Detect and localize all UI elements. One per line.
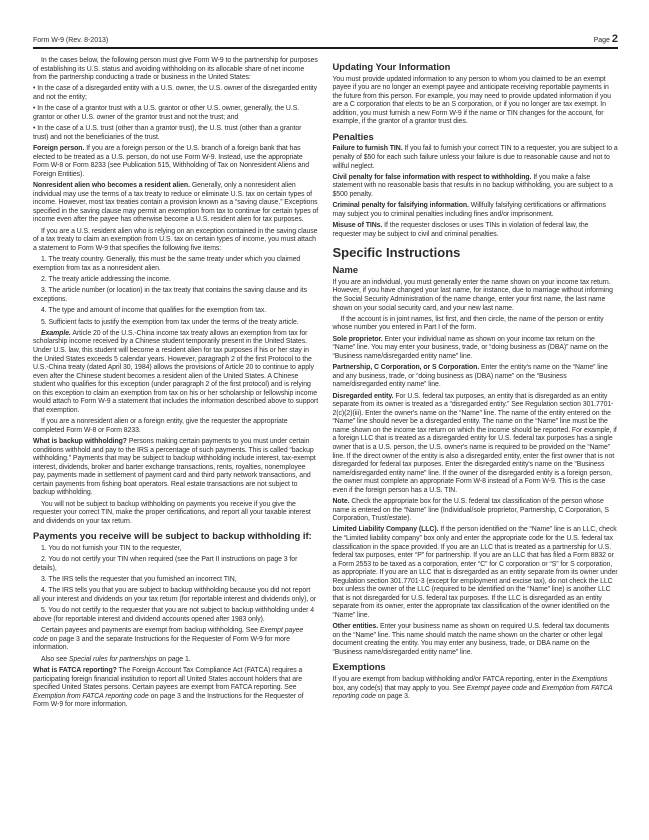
text-segment: What is backup withholding? — [33, 438, 127, 445]
text-segment: If you are an individual, you must gener… — [333, 279, 613, 312]
text-segment: Certain payees and payments are exempt f… — [41, 627, 260, 634]
text-segment: Exemptions — [333, 661, 386, 672]
paragraph: Limited Liability Company (LLC). If the … — [333, 526, 619, 620]
text-segment: Example. — [41, 330, 71, 337]
text-segment: You will not be subject to backup withho… — [33, 501, 311, 525]
paragraph: Foreign person. If you are a foreign per… — [33, 145, 319, 179]
text-segment: Criminal penalty for falsifying informat… — [333, 202, 469, 209]
paragraph: 3. The IRS tells the requester that you … — [33, 576, 319, 585]
paragraph: If the account is in joint names, list f… — [333, 316, 619, 333]
paragraph: In the cases below, the following person… — [33, 57, 319, 83]
text-segment: Note. — [333, 498, 350, 505]
paragraph: • In the case of a U.S. trust (other tha… — [33, 125, 319, 142]
text-segment: Foreign person. — [33, 145, 84, 152]
text-segment: Other entities. — [333, 623, 379, 630]
right-column: Updating Your InformationYou must provid… — [333, 57, 619, 713]
text-segment: If the account is in joint names, list f… — [333, 316, 604, 332]
document-page: Form W-9 (Rev. 8-2013) Page 2 In the cas… — [0, 0, 649, 840]
text-segment: 4. The IRS tells you that you are subjec… — [33, 587, 316, 603]
paragraph: Note. Check the appropriate box for the … — [333, 498, 619, 524]
paragraph: What is backup withholding? Persons maki… — [33, 438, 319, 498]
paragraph: Civil penalty for false information with… — [333, 174, 619, 200]
section-heading: Updating Your Information — [333, 62, 619, 73]
section-heading: Penalties — [333, 132, 619, 143]
text-segment: Special rules for partnerships — [69, 656, 157, 663]
paragraph: • In the case of a disregarded entity wi… — [33, 85, 319, 102]
text-segment: on page 1. — [157, 656, 191, 663]
text-segment: 3. The IRS tells the requester that you … — [41, 576, 237, 583]
text-segment: Exemptions — [572, 676, 608, 683]
text-segment: Civil penalty for false information with… — [333, 174, 532, 181]
text-segment: • In the case of a U.S. trust (other tha… — [33, 125, 301, 141]
text-segment: If you are a nonresident alien or a fore… — [33, 418, 287, 434]
paragraph: What is FATCA reporting? The Foreign Acc… — [33, 667, 319, 710]
text-segment: If the person identified on the “Name” l… — [333, 526, 618, 618]
text-segment: If you are a U.S. resident alien who is … — [33, 228, 317, 252]
paragraph: Nonresident alien who becomes a resident… — [33, 182, 319, 225]
section-heading: Name — [333, 265, 619, 276]
text-segment: Limited Liability Company (LLC). — [333, 526, 439, 533]
text-segment: 5. You do not certify to the requester t… — [33, 607, 314, 623]
text-segment: 1. The treaty country. Generally, this m… — [33, 256, 300, 272]
text-segment: 5. Sufficient facts to justify the exemp… — [41, 319, 299, 326]
paragraph: If you are a U.S. resident alien who is … — [33, 228, 319, 254]
page-label: Page — [594, 37, 610, 44]
paragraph: Disregarded entity. For U.S. federal tax… — [333, 393, 619, 496]
page-header: Form W-9 (Rev. 8-2013) Page 2 — [33, 34, 618, 45]
text-segment: on page 3 and the separate Instructions … — [33, 636, 290, 652]
section-heading: Exemptions — [333, 662, 619, 673]
paragraph: Sole proprietor. Enter your individual n… — [333, 336, 619, 362]
text-segment: on page 3. — [376, 693, 410, 700]
paragraph: If you are an individual, you must gener… — [333, 279, 619, 313]
major-heading: Specific Instructions — [333, 246, 619, 260]
text-segment: Check the appropriate box for the U.S. f… — [333, 498, 609, 522]
paragraph: 3. The article number (or location) in t… — [33, 287, 319, 304]
paragraph: You must provide updated information to … — [333, 76, 619, 127]
text-segment: Exemption from FATCA reporting code — [33, 693, 149, 700]
paragraph: Also see Special rules for partnerships … — [33, 656, 319, 665]
text-segment: If you are exempt from backup withholdin… — [333, 676, 573, 683]
text-segment: Also see — [41, 656, 69, 663]
paragraph: You will not be subject to backup withho… — [33, 501, 319, 527]
paragraph: 2. You do not certify your TIN when requ… — [33, 556, 319, 573]
text-segment: Failure to furnish TIN. — [333, 145, 403, 152]
text-segment: Updating Your Information — [333, 61, 451, 72]
page-indicator: Page 2 — [594, 34, 618, 45]
text-segment: • In the case of a disregarded entity wi… — [33, 85, 317, 101]
text-segment: 2. You do not certify your TIN when requ… — [33, 556, 297, 572]
text-segment: Nonresident alien who becomes a resident… — [33, 182, 190, 189]
paragraph: Certain payees and payments are exempt f… — [33, 627, 319, 653]
text-segment: Exempt payee code — [467, 685, 527, 692]
text-segment: Name — [333, 264, 359, 275]
header-rule — [33, 47, 618, 49]
text-segment: 4. The type and amount of income that qu… — [41, 307, 266, 314]
paragraph: If you are a nonresident alien or a fore… — [33, 418, 319, 435]
paragraph: If you are exempt from backup withholdin… — [333, 676, 619, 702]
paragraph: 2. The treaty article addressing the inc… — [33, 276, 319, 285]
text-segment: In the cases below, the following person… — [33, 57, 318, 81]
paragraph: 4. The IRS tells you that you are subjec… — [33, 587, 319, 604]
form-title: Form W-9 (Rev. 8-2013) — [33, 36, 108, 45]
text-segment: Payments you receive will be subject to … — [33, 530, 312, 541]
text-segment: Disregarded entity. — [333, 393, 394, 400]
text-segment: • In the case of a grantor trust with a … — [33, 105, 299, 121]
paragraph: Misuse of TINs. If the requester disclos… — [333, 222, 619, 239]
page-number: 2 — [612, 33, 618, 45]
paragraph: 1. You do not furnish your TIN to the re… — [33, 545, 319, 554]
text-segment: 3. The article number (or location) in t… — [33, 287, 307, 303]
paragraph: Failure to furnish TIN. If you fail to f… — [333, 145, 619, 171]
two-column-layout: In the cases below, the following person… — [33, 57, 618, 713]
text-segment: box, any code(s) that may apply to you. … — [333, 685, 467, 692]
paragraph: 1. The treaty country. Generally, this m… — [33, 256, 319, 273]
text-segment: Specific Instructions — [333, 245, 461, 260]
paragraph: 4. The type and amount of income that qu… — [33, 307, 319, 316]
paragraph: Partnership, C Corporation, or S Corpora… — [333, 364, 619, 390]
paragraph: Criminal penalty for falsifying informat… — [333, 202, 619, 219]
text-segment: For U.S. federal tax purposes, an entity… — [333, 393, 617, 494]
text-segment: Article 20 of the U.S.-China income tax … — [33, 330, 318, 414]
text-segment: 1. You do not furnish your TIN to the re… — [41, 545, 181, 552]
paragraph: Example. Article 20 of the U.S.-China in… — [33, 330, 319, 415]
text-segment: 2. The treaty article addressing the inc… — [41, 276, 171, 283]
text-segment: Sole proprietor. — [333, 336, 383, 343]
paragraph: 5. Sufficient facts to justify the exemp… — [33, 319, 319, 328]
text-segment: Penalties — [333, 131, 374, 142]
text-segment: You must provide updated information to … — [333, 76, 611, 126]
left-column: In the cases below, the following person… — [33, 57, 319, 713]
text-segment: What is FATCA reporting? — [33, 667, 117, 674]
paragraph: Other entities. Enter your business name… — [333, 623, 619, 657]
paragraph: 5. You do not certify to the requester t… — [33, 607, 319, 624]
text-segment: Persons making certain payments to you m… — [33, 438, 316, 496]
text-segment: Partnership, C Corporation, or S Corpora… — [333, 364, 480, 371]
text-segment: Misuse of TINs. — [333, 222, 383, 229]
paragraph: • In the case of a grantor trust with a … — [33, 105, 319, 122]
text-segment: and — [527, 685, 542, 692]
section-heading: Payments you receive will be subject to … — [33, 531, 319, 542]
